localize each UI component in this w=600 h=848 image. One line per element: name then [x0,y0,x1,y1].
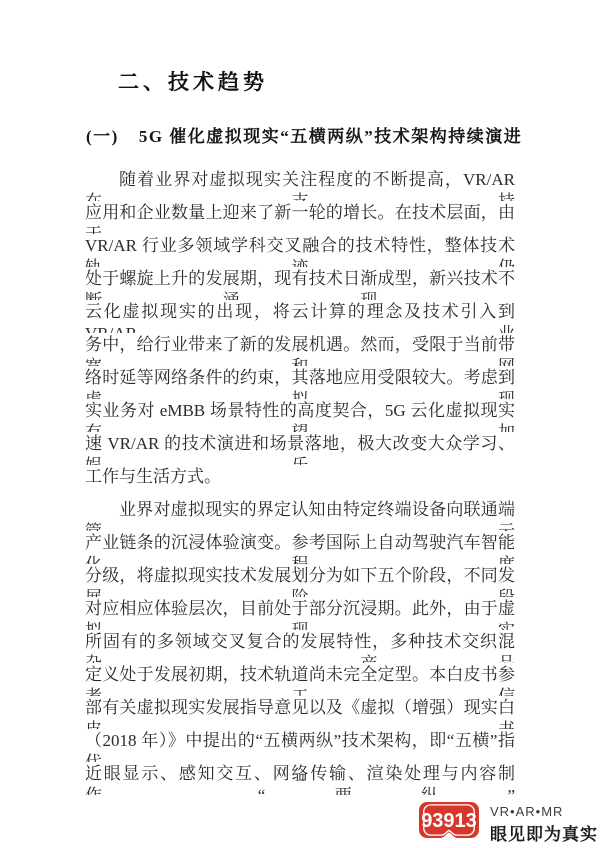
text-line: 定义处于发展初期，技术轨道尚未完全定型。本白皮书参考工信 [85,663,515,696]
section-heading: 二、技术趋势 [118,66,268,96]
text-line: 所固有的多领域交叉复合的发展特性，多种技术交织混杂，产品 [85,630,515,663]
text-line: 产业链条的沉浸体验演变。参考国际上自动驾驶汽车智能化程度 [85,531,515,564]
text-line: 部有关虚拟现实发展指导意见以及《虚拟（增强）现实白皮书 [85,696,515,729]
text-line: 速 VR/AR 的技术演进和场景落地，极大改变大众学习、娱乐、 [85,432,515,465]
subsection-title: 5G 催化虚拟现实“五横两纵”技术架构持续演进 [139,127,522,146]
page-number: 11 [0,770,600,785]
body-text: 随着业界对虚拟现实关注程度的不断提高，VR/AR 在支持应用和企业数量上迎来了新… [85,168,515,795]
brand-number: 93913 [421,810,477,832]
text-line: 务中，给行业带来了新的发展机遇。然而，受限于当前带宽和网 [85,333,515,366]
vr-goggles-icon: 93913 [417,799,481,841]
document-page: 二、技术趋势 (一)5G 催化虚拟现实“五横两纵”技术架构持续演进 随着业界对虚… [0,0,600,848]
text-line: 应用和企业数量上迎来了新一轮的增长。在技术层面，由于 [85,201,515,234]
text-line: 工作与生活方式。 [85,465,515,498]
subsection-heading: (一)5G 催化虚拟现实“五横两纵”技术架构持续演进 [86,122,522,147]
text-line: （2018 年）》中提出的“五横两纵”技术架构，即“五横”指代 [85,729,515,762]
text-line: 业界对虚拟现实的界定认知由特定终端设备向联通端管云 [85,498,515,531]
text-line: VR/AR 行业多领域学科交叉融合的技术特性，整体技术轨迹仍 [85,234,515,267]
text-line: 云化虚拟现实的出现，将云计算的理念及技术引入到 VR/AR 业 [85,300,515,333]
text-line: 分级，将虚拟现实技术发展划分为如下五个阶段，不同发展阶段 [85,564,515,597]
footer-logo: 93913 VR•AR•MR 眼见即为真实 [417,799,598,845]
text-line: 络时延等网络条件的约束，其落地应用受限较大。考虑到虚拟现 [85,366,515,399]
text-line: 随着业界对虚拟现实关注程度的不断提高，VR/AR 在支持 [85,168,515,201]
text-line: 对应相应体验层次，目前处于部分沉浸期。此外，由于虚拟现实 [85,597,515,630]
text-line: 实业务对 eMBB 场景特性的高度契合，5G 云化虚拟现实有望加 [85,399,515,432]
logo-tagline-bottom: 眼见即为真实 [490,820,598,845]
subsection-number: (一) [86,127,119,146]
text-line: 处于螺旋上升的发展期，现有技术日渐成型，新兴技术不断涌现。 [85,267,515,300]
logo-tagline-top: VR•AR•MR [490,804,598,819]
